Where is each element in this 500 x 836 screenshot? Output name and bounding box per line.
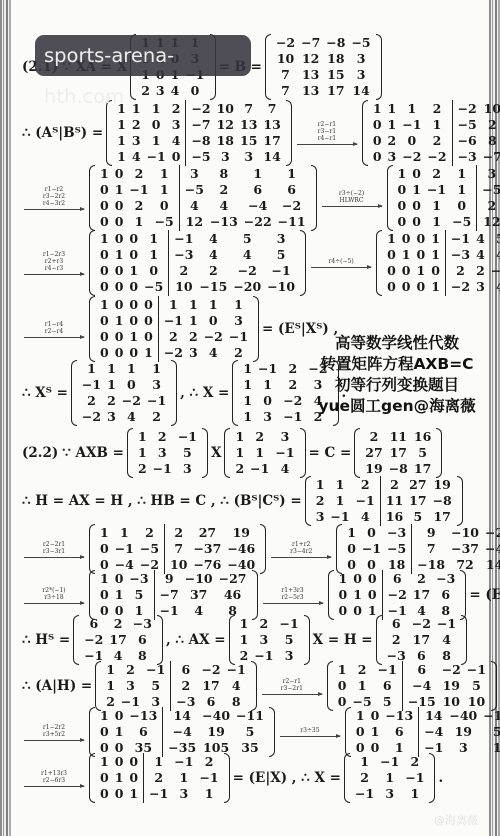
row-op-label: r3−2r1 <box>281 685 303 692</box>
matrix-cell: 5 <box>264 247 298 263</box>
matrix-cell: 1 <box>97 754 112 770</box>
matrix-cell: 0 <box>97 198 112 214</box>
matrix-cell: 1 <box>79 361 104 377</box>
matrix-cell: 0 <box>126 345 141 361</box>
matrix-cell: −11 <box>480 708 500 724</box>
row-op-label: r3−4r2 <box>290 548 312 555</box>
row-op-label: r1−2r3 <box>43 251 65 258</box>
aug2-step-1: r2−2r1r3−3r1 1120−1−50−4−2227197−37−4610… <box>20 524 500 574</box>
right-paren <box>460 570 466 620</box>
matrix-cell: 3 <box>473 279 488 295</box>
matrix-cell: 37 <box>182 587 216 603</box>
matrix-cell: 0 <box>384 263 399 279</box>
matrix-cell: 0 <box>182 83 207 99</box>
matrix-cell: 4 <box>272 461 297 477</box>
matrix-cell: −2 <box>448 279 473 295</box>
matrix-cell: 4 <box>168 83 183 99</box>
matrix-cell: 19 <box>362 461 385 477</box>
matrix-cell: 0 <box>350 571 365 587</box>
row-op-arrow: r3÷35 <box>280 727 340 737</box>
matrix-cell: 2 <box>313 493 328 509</box>
matrix-cell: 0 <box>97 541 112 557</box>
matrix-cell: 0 <box>97 329 112 345</box>
matrix-cell: 10 <box>480 101 500 117</box>
matrix-ht: 62−3−2176−148 <box>73 615 163 665</box>
left-frame-border <box>0 0 11 836</box>
matrix-cell: 27 <box>190 525 224 541</box>
matrix-cell: 2 <box>207 182 241 198</box>
matrix-cell: −2 <box>230 263 264 279</box>
right-paren <box>286 100 292 166</box>
matrix-cell: −1 <box>359 541 384 557</box>
row-op-arrow: r2−r1r3−2r1 <box>262 678 322 695</box>
matrix-cell: 2 <box>104 393 119 409</box>
row-op-label: r1+3r3 <box>281 587 303 594</box>
row-op-arrow: r1−2r2r3+5r2 <box>24 724 84 741</box>
matrix-cell: 12 <box>479 214 500 230</box>
matrix-cell: 9 <box>157 571 182 587</box>
matrix-cell: 3 <box>348 51 373 67</box>
matrix-cell: 0 <box>365 571 380 587</box>
matrix-cell: 1 <box>146 754 171 770</box>
row-op-arrow: r2−r1r3−r1r4−r1 <box>297 121 357 145</box>
matrix-cell: −10 <box>182 571 216 587</box>
matrix-cell: 17 <box>430 509 455 525</box>
matrix-cell: 14 <box>421 708 446 724</box>
row-op-label: r3−3r1 <box>43 548 65 555</box>
equation-text: = C = <box>309 445 352 461</box>
row-op-label: r3÷(−2) <box>339 190 364 197</box>
matrix-cell: 3 <box>237 149 260 165</box>
matrix-cell: −2 <box>119 393 144 409</box>
matrix-cell: −1 <box>280 409 305 425</box>
matrix-cell: 1 <box>161 297 186 313</box>
matrix-cell: −1 <box>264 263 298 279</box>
matrix-cell: 5 <box>488 231 500 247</box>
matrix-cell: 1 <box>385 117 400 133</box>
right-paren <box>171 360 177 426</box>
matrix-cell: −4 <box>421 724 446 740</box>
matrix-cell: 1 <box>424 198 449 214</box>
matrix-cell: 2 <box>196 754 221 770</box>
caption-line: yue圆工gen@海离薇 <box>312 396 482 417</box>
matrix-cell: −1 <box>226 329 251 345</box>
matrix-cell: 13 <box>260 117 283 133</box>
matrix-cell: 1 <box>428 279 443 295</box>
matrix-cell: 12 <box>214 117 237 133</box>
matrix-cell: 1 <box>247 445 272 461</box>
matrix-cell: 1 <box>135 445 150 461</box>
augmented-matrix: 1001010100100001−1453−344522−2−1−2342 <box>376 230 500 296</box>
matrix-cell: −2 <box>399 149 424 165</box>
matrix-cell: 0 <box>255 393 280 409</box>
right-paren <box>376 34 382 100</box>
arrow-right-icon <box>24 337 84 338</box>
matrix-cell: 2 <box>383 477 406 493</box>
matrix-cell: 2 <box>480 117 500 133</box>
row-op-label: r3+5r2 <box>43 731 65 738</box>
equation-text: = (Eᵀ|Hᵀ) , <box>469 587 500 603</box>
matrix-cell: 0 <box>141 329 156 345</box>
matrix-cell: 3 <box>264 231 298 247</box>
matrix-cell: −1 <box>79 377 104 393</box>
augmented-matrix: 11221−13−14227191117−816517 <box>305 476 463 526</box>
matrix-cell: −2 <box>439 662 464 678</box>
row-op-label: r1−r2 <box>45 186 63 193</box>
matrix-cell: 0 <box>399 133 424 149</box>
matrix-cell: −13 <box>207 214 241 230</box>
matrix-cell: 2 <box>362 429 385 445</box>
h-substitution: ∴ H = AX = H , ∴ HB = C , ∴ (Bᵀ|Cᵀ) = 11… <box>20 476 464 526</box>
matrix-cell: 1 <box>141 247 166 263</box>
matrix-cell: 0 <box>112 231 127 247</box>
right-paren <box>491 661 497 711</box>
matrix-cell: −7 <box>480 149 500 165</box>
matrix-cell: 1 <box>119 361 144 377</box>
matrix-cell: −2 <box>424 149 449 165</box>
matrix-cell: 7 <box>273 83 298 99</box>
matrix-cell: 1 <box>240 393 255 409</box>
row-op-label: r1+r2 <box>292 541 310 548</box>
equation-text: , ∴ AX = <box>166 632 226 648</box>
matrix-cell: −27 <box>216 571 250 587</box>
matrix-cell: 1 <box>399 101 424 117</box>
matrix-cell: 27 <box>362 445 385 461</box>
augmented-matrix: 111201−11020203−2−2−21077−5266−68810−3−7… <box>362 100 500 166</box>
matrix-cell: 2 <box>424 133 449 149</box>
matrix-cell: −1 <box>352 786 377 802</box>
matrix-cell: 0 <box>112 754 127 770</box>
matrix-cell: 17 <box>260 133 283 149</box>
matrix-cell: −5 <box>152 214 177 230</box>
matrix-cell: 3 <box>153 83 168 99</box>
matrix-cell: 4 <box>129 149 144 165</box>
matrix-cell: 3 <box>169 117 184 133</box>
augmented-matrix: 10−30−1−500189−10−277−37−46−1872144 <box>336 524 500 574</box>
right-paren <box>252 570 258 620</box>
matrix-cell: −2 <box>280 393 305 409</box>
matrix-cell: 0 <box>449 198 474 214</box>
matrix-cell: 0 <box>112 345 127 361</box>
matrix-cell: −2 <box>275 198 309 214</box>
caption-line: 转置矩阵方程AXB=C <box>312 354 482 375</box>
matrix-cell: 2 <box>126 166 151 182</box>
matrix-cell: 19 <box>199 724 233 740</box>
matrix-cell: 3 <box>348 67 373 83</box>
matrix-h: 6−2−12174−368 <box>376 615 468 665</box>
right-paren <box>461 615 467 665</box>
matrix-cell: −1 <box>161 313 186 329</box>
matrix-cell: 2 <box>352 770 377 786</box>
arrow-right-icon <box>297 144 357 145</box>
row-op-label: r4−3r2 <box>43 200 65 207</box>
matrix-cell: 5 <box>406 509 429 525</box>
matrix-cell: 1 <box>186 297 201 313</box>
matrix-cell: 0 <box>395 198 410 214</box>
matrix-cell: 1 <box>336 571 351 587</box>
matrix-cell: 5 <box>126 587 151 603</box>
matrix-cell: 0 <box>359 525 384 541</box>
row-op-label: r2−r1 <box>318 121 336 128</box>
matrix-cell: 4 <box>169 133 184 149</box>
augmented-matrix: 10−1301600114−40−11−4195−131 <box>345 707 500 757</box>
aug-step-2: r1−r2r3−2r2r4−3r2 102101−110020001−53811… <box>20 165 500 231</box>
row-op-label: r2−2r1 <box>43 541 65 548</box>
matrix-cell: 0 <box>126 279 141 295</box>
matrix-cell: −7 <box>157 587 182 603</box>
matrix-cell: 19 <box>224 525 258 541</box>
matrix-cell: 4 <box>434 632 459 648</box>
matrix-cell: 3 <box>150 445 175 461</box>
matrix-cell: 0 <box>126 313 141 329</box>
matrix-cell: 2 <box>144 409 169 425</box>
matrix-cell: −13 <box>126 708 160 724</box>
matrix-cell: 5 <box>233 724 267 740</box>
matrix-cell: −1 <box>424 182 449 198</box>
matrix-cell: −37 <box>190 541 224 557</box>
matrix-cell: 14 <box>260 149 283 165</box>
matrix-cell: 0 <box>112 214 127 230</box>
matrix-cell: 0 <box>112 297 127 313</box>
matrix-cell: −1 <box>399 117 424 133</box>
matrix-cell: 1 <box>196 786 221 802</box>
equation-text: , ∴ X = <box>180 385 229 401</box>
matrix-cell: −1 <box>144 149 169 165</box>
matrix-cell: 0 <box>97 345 112 361</box>
matrix-cell: 2 <box>226 345 251 361</box>
matrix-cell: 5 <box>480 724 500 740</box>
matrix-cell: 0 <box>97 313 112 329</box>
matrix-cell: −1 <box>247 461 272 477</box>
matrix-cell: 1 <box>97 166 112 182</box>
aug-step-3: r1−2r3r2+r3r4−r3 100101010010000−5−1453−… <box>20 230 500 296</box>
matrix-cell: 1 <box>135 429 150 445</box>
matrix-cell: −1 <box>150 461 175 477</box>
matrix-cell: −5 <box>449 214 474 230</box>
matrix-cell: −1 <box>375 662 400 678</box>
matrix-cell: 0 <box>97 279 112 295</box>
matrix-b: 12311−12−14 <box>224 428 305 478</box>
matrix-cell: −4 <box>241 198 275 214</box>
augmented-matrix: 12−10160−556−2−1−4195−151010 <box>327 661 497 711</box>
row-op-label: r2−r4 <box>45 328 63 335</box>
matrix-cell: 0 <box>428 263 443 279</box>
matrix-cell: 6 <box>385 571 410 587</box>
matrix-cell: 10 <box>273 51 298 67</box>
matrix-cell: 1 <box>129 101 144 117</box>
matrix-cell: 11 <box>386 429 411 445</box>
matrix-cell: 1 <box>232 445 247 461</box>
equation-text: ∴ (A|H) = <box>22 678 92 694</box>
matrix-cell: −3 <box>448 247 473 263</box>
matrix-cell: −8 <box>323 35 348 51</box>
caption-line: 初等行列变换题目 <box>312 375 482 396</box>
matrix-cell: −11 <box>275 214 309 230</box>
matrix-cell: 2 <box>385 133 400 149</box>
matrix-cell: 2 <box>106 616 129 632</box>
equation-text: ∴ Xᵀ = <box>22 385 68 401</box>
matrix-cell: 1 <box>144 101 169 117</box>
augmented-matrix: 10−30150019−10−27−73746−148 <box>89 570 258 620</box>
row-op-label: r3÷18 <box>44 594 63 601</box>
row-op-label: r4−r1 <box>318 135 336 142</box>
arrow-right-icon <box>24 740 84 741</box>
row-op-arrow: r2−2r1r3−3r1 <box>24 541 84 558</box>
matrix-cell: 0 <box>152 198 177 214</box>
matrix-cell: 4 <box>473 247 488 263</box>
matrix-cell: 2 <box>138 83 153 99</box>
matrix-cell: 4 <box>473 231 488 247</box>
aug2-step-2: r2*(−1)r3÷18 10−30150019−10−27−73746−148… <box>20 570 500 620</box>
right-paren <box>224 753 230 803</box>
row-op-label: r4÷(−5) <box>328 258 353 265</box>
matrix-cell: 4 <box>488 279 500 295</box>
matrix-cell: 0 <box>112 279 127 295</box>
augmented-matrix: 100101010010000−5−1453−344522−2−110−15−2… <box>89 230 306 296</box>
row-op-label: r1+13r3 <box>41 770 67 777</box>
matrix-cell: −3 <box>384 525 409 541</box>
matrix-cell: 1 <box>350 587 365 603</box>
matrix-cell: −3 <box>433 571 458 587</box>
matrix-cell: 1 <box>112 770 127 786</box>
matrix-cell: 2 <box>280 361 305 377</box>
matrix-cell: 2 <box>137 525 162 541</box>
row-op-label: r2*(−1) <box>42 587 65 594</box>
right-paren <box>260 524 266 574</box>
matrix-cell: 17 <box>406 493 429 509</box>
watermark: @海离薇 <box>434 812 478 828</box>
row-op-arrow: r1−r2r3−2r2r4−3r2 <box>24 186 84 210</box>
matrix-cell: 1 <box>424 214 449 230</box>
matrix-cell: 10 <box>214 101 237 117</box>
matrix-cell: 0 <box>353 724 368 740</box>
site-overlay-badge: sports-arena-hth.com <box>35 35 251 76</box>
aug-step-4: r1−r4r2−r4 10000100001000011111−110322−2… <box>20 296 340 362</box>
arrow-right-icon <box>24 786 84 787</box>
matrix-cell: 13 <box>298 67 323 83</box>
matrix-cell: 1 <box>335 662 350 678</box>
matrix-cell: 1 <box>344 525 359 541</box>
augmented-matrix: 10000100001000011111−110322−2−1−2342 <box>89 296 259 362</box>
matrix-cell: 5 <box>276 632 301 648</box>
augmented-matrix: 102101−110010001−53811−526622−2−112−13−2… <box>387 165 500 231</box>
matrix-cell: 1 <box>114 117 129 133</box>
arrow-right-icon <box>263 603 323 604</box>
matrix-cell: 1 <box>237 616 252 632</box>
matrix-cell: −2 <box>81 632 106 648</box>
matrix-cell: 0 <box>97 247 112 263</box>
matrix-cell: 1 <box>237 632 252 648</box>
matrix-cell: −20 <box>230 279 264 295</box>
matrix-cell: 1 <box>240 409 255 425</box>
matrix-cell: 1 <box>144 133 169 149</box>
matrix-cell: 0 <box>112 571 127 587</box>
matrix-cell: 0 <box>395 182 410 198</box>
matrix-cell: −13 <box>382 708 416 724</box>
matrix-cell: 4 <box>230 247 264 263</box>
matrix-cell: 3 <box>104 409 119 425</box>
matrix-cell: 1 <box>399 247 414 263</box>
matrix-cell: −46 <box>224 541 258 557</box>
matrix-cell: 2 <box>473 263 488 279</box>
matrix-cell: 1 <box>126 263 141 279</box>
matrix-cell: 2 <box>79 393 104 409</box>
matrix-cell: 6 <box>375 678 400 694</box>
row-op-arrow: r1+13r3r2−6r3 <box>24 770 84 787</box>
matrix-cell: −2 <box>273 35 298 51</box>
matrix-cell: 19 <box>446 724 480 740</box>
matrix-cell: −1 <box>112 541 137 557</box>
matrix-cell: −3 <box>130 616 155 632</box>
matrix-cell: 1 <box>152 182 177 198</box>
matrix-cell: 1 <box>384 231 399 247</box>
matrix-cell: 0 <box>97 182 112 198</box>
equation-text: X = H = <box>313 632 373 648</box>
matrix-cell: 2 <box>280 377 305 393</box>
matrix-cell: 1 <box>103 662 118 678</box>
matrix-cell: 27 <box>406 477 429 493</box>
matrix-cell: 0 <box>344 541 359 557</box>
matrix-cell: −2 <box>385 587 410 603</box>
matrix-cell: 3 <box>377 786 402 802</box>
ah-step-2: r1−2r2r3+5r2 10−13016003514−40−11−4195−3… <box>20 707 500 757</box>
matrix-cell: 3 <box>175 461 200 477</box>
matrix-cell: −27 <box>482 525 500 541</box>
matrix-cell: −2 <box>79 409 104 425</box>
matrix-cell: 0 <box>126 247 141 263</box>
matrix-cell: −5 <box>455 117 480 133</box>
matrix-cell: −1 <box>434 616 459 632</box>
matrix-b: −2−7−8−510121837131537131714 <box>265 34 382 100</box>
matrix-cell: 2 <box>479 198 500 214</box>
matrix-cell: 2 <box>247 429 272 445</box>
matrix-cell: 6 <box>382 724 416 740</box>
equation-text: ∵ AXB = <box>62 445 124 461</box>
matrix-cell: −1 <box>255 361 280 377</box>
matrix-cell: −1 <box>224 662 249 678</box>
matrix-xt: 1111−110322−2−1−2342 <box>71 360 177 426</box>
matrix-cell: 1 <box>449 182 474 198</box>
matrix-cell: 13 <box>298 83 323 99</box>
matrix-cell: 1 <box>409 182 424 198</box>
augmented-matrix: 10001000162−3−2176−148 <box>328 570 467 620</box>
row-op-label: r1−2r2 <box>43 724 65 731</box>
augmented-matrix: 12−11352−136−2−12174−368 <box>95 661 257 711</box>
matrix-cell: −5 <box>479 182 500 198</box>
augmented-matrix: 102101−110020001−53811−526644−4−212−13−2… <box>89 165 317 231</box>
ah-step-3: r1+13r3r2−6r3 1000100011−1221−1−131 = (E… <box>20 753 445 803</box>
matrix-cell: 1 <box>112 525 137 541</box>
matrix-cell: 1 <box>385 101 400 117</box>
right-paren <box>202 428 208 478</box>
matrix-cell: −1 <box>448 231 473 247</box>
matrix-cell: 0 <box>370 149 385 165</box>
matrix-cell: −6 <box>455 133 480 149</box>
matrix-cell: 5 <box>230 231 264 247</box>
matrix-cell: 1 <box>126 329 141 345</box>
matrix-cell: 1 <box>480 740 500 756</box>
matrix-cell: 12 <box>298 51 323 67</box>
matrix-cell: −5 <box>141 279 166 295</box>
matrix-cell: 4 <box>207 198 241 214</box>
matrix-cell: 18 <box>214 133 237 149</box>
matrix-cell: 1 <box>232 429 247 445</box>
matrix-cell: 0 <box>409 198 424 214</box>
matrix-cell: 1 <box>449 166 474 182</box>
matrix-cell: 1 <box>241 166 275 182</box>
matrix-cell: 6 <box>405 662 439 678</box>
matrix-cell: 1 <box>97 297 112 313</box>
